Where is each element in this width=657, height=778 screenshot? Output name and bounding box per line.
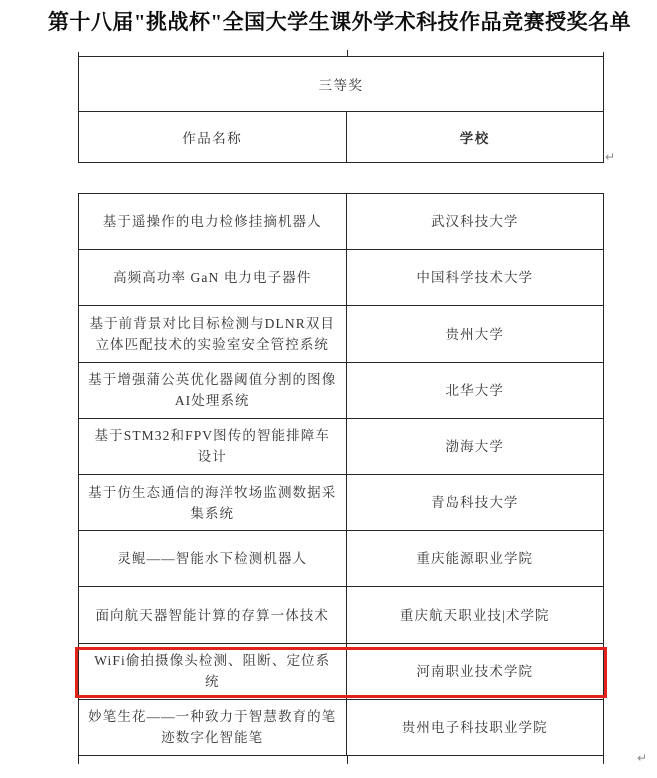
school-cell: 河南职业技术学院 bbox=[347, 644, 604, 699]
award-entries-table: 基于遥操作的电力检修挂摘机器人 武汉科技大学 高频高功率 GaN 电力电子器件 … bbox=[78, 193, 604, 756]
work-title-cell: 高频高功率 GaN 电力电子器件 bbox=[79, 250, 347, 305]
work-title-cell: WiFi偷拍摄像头检测、阻断、定位系统 bbox=[79, 644, 347, 699]
table-row: 妙笔生花——一种致力于智慧教育的笔迹数字化智能笔 贵州电子科技职业学院 bbox=[79, 700, 603, 755]
table-row: 基于前背景对比目标检测与DLNR双目立体匹配技术的实验室安全管控系统 贵州大学 bbox=[79, 306, 603, 362]
table-continuation-tick bbox=[347, 756, 349, 764]
table-row: 面向航天器智能计算的存算一体技术 重庆航天职业技|术学院 bbox=[79, 587, 603, 643]
column-header-work: 作品名称 bbox=[79, 112, 347, 162]
table-continuation-tick bbox=[78, 756, 80, 764]
tier-row: 三等奖 bbox=[79, 57, 603, 112]
school-cell: 贵州电子科技职业学院 bbox=[347, 700, 604, 755]
work-title-cell: 基于前背景对比目标检测与DLNR双目立体匹配技术的实验室安全管控系统 bbox=[79, 306, 347, 361]
school-cell: 中国科学技术大学 bbox=[347, 250, 604, 305]
work-title-cell: 灵鲲——智能水下检测机器人 bbox=[79, 531, 347, 586]
document-page: 第十八届"挑战杯"全国大学生课外学术科技作品竞赛授奖名单 三等奖 作品名称 学校… bbox=[0, 0, 657, 778]
school-cell: 北华大学 bbox=[347, 363, 604, 418]
table-row: 灵鲲——智能水下检测机器人 重庆能源职业学院 bbox=[79, 531, 603, 587]
table-row: 基于仿生态通信的海洋牧场监测数据采集系统 青岛科技大学 bbox=[79, 475, 603, 531]
table-continuation-tick bbox=[603, 756, 605, 764]
school-cell: 青岛科技大学 bbox=[347, 475, 604, 530]
work-title-cell: 基于遥操作的电力检修挂摘机器人 bbox=[79, 194, 347, 249]
school-cell: 重庆能源职业学院 bbox=[347, 531, 604, 586]
school-cell: 贵州大学 bbox=[347, 306, 604, 361]
school-cell: 渤海大学 bbox=[347, 419, 604, 474]
work-title-cell: 面向航天器智能计算的存算一体技术 bbox=[79, 587, 347, 642]
column-header-school: 学校 bbox=[347, 112, 604, 162]
work-title-cell: 基于增强蒲公英优化器阈值分割的图像AI处理系统 bbox=[79, 363, 347, 418]
table-row: 基于增强蒲公英优化器阈值分割的图像AI处理系统 北华大学 bbox=[79, 363, 603, 419]
column-header-row: 作品名称 学校 bbox=[79, 112, 603, 162]
paragraph-mark: ↵ bbox=[605, 150, 615, 164]
table-row: 基于遥操作的电力检修挂摘机器人 武汉科技大学 bbox=[79, 194, 603, 250]
work-title-cell: 基于STM32和FPV图传的智能排障车设计 bbox=[79, 419, 347, 474]
work-title-cell: 基于仿生态通信的海洋牧场监测数据采集系统 bbox=[79, 475, 347, 530]
work-title-cell: 妙笔生花——一种致力于智慧教育的笔迹数字化智能笔 bbox=[79, 700, 347, 755]
school-cell: 武汉科技大学 bbox=[347, 194, 604, 249]
table-row: 基于STM32和FPV图传的智能排障车设计 渤海大学 bbox=[79, 419, 603, 475]
award-tier-header-table: 三等奖 作品名称 学校 bbox=[78, 56, 604, 163]
tier-label: 三等奖 bbox=[319, 74, 364, 94]
school-cell: 重庆航天职业技|术学院 bbox=[347, 587, 604, 642]
paragraph-mark: ↵ bbox=[637, 751, 647, 765]
table-row: WiFi偷拍摄像头检测、阻断、定位系统 河南职业技术学院 bbox=[79, 644, 603, 700]
table-row: 高频高功率 GaN 电力电子器件 中国科学技术大学 bbox=[79, 250, 603, 306]
document-title: 第十八届"挑战杯"全国大学生课外学术科技作品竞赛授奖名单 bbox=[0, 6, 657, 36]
